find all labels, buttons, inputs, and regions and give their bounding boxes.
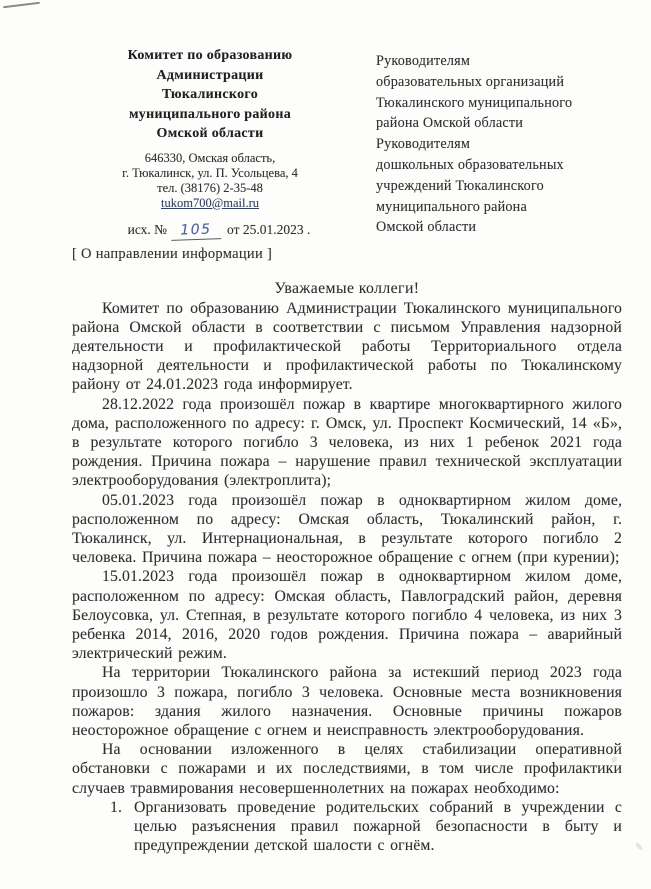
body-paragraph: 28.12.2022 года произошёл пожар в кварти… [72,395,622,491]
body-paragraph: 15.01.2023 года произошёл пожар в однокв… [72,567,622,663]
letter-body: Уважаемые коллеги! Комитет по образовани… [72,279,622,856]
body-paragraph: 05.01.2023 года произошёл пожар в однокв… [72,491,622,568]
ref-date: от 25.01.2023 . [227,222,310,237]
list-item-number: 1. [110,798,134,856]
handwritten-ref-number: 105 [171,221,222,241]
subject-line: [ О направлении информации ] [72,246,651,263]
scanned-letter-page: Комитет по образованию Администрации Тюк… [0,0,651,889]
sender-address: 646330, Омская область, г. Тюкалинск, ул… [60,151,360,196]
sender-block: Комитет по образованию Администрации Тюк… [60,46,360,240]
recipients-block: Руководителям образовательных организаци… [376,46,644,240]
sender-email-link[interactable]: tukom700@mail.ru [161,196,259,210]
scan-speck [635,842,644,851]
body-paragraph: На территории Тюкалинского района за ист… [72,663,622,740]
list-item: 1. Организовать проведение родительских … [110,798,622,856]
letter-header: Комитет по образованию Администрации Тюк… [0,0,651,240]
outgoing-ref-line: исх. №105от 25.01.2023 . [60,222,360,240]
salutation: Уважаемые коллеги! [72,279,622,299]
ref-prefix: исх. № [128,222,167,237]
sender-email-line: tukom700@mail.ru [60,196,360,211]
sender-org-name: Комитет по образованию Администрации Тюк… [60,46,360,144]
body-paragraph: На основании изложенного в целях стабили… [72,740,622,798]
body-paragraph: Комитет по образованию Администрации Тюк… [72,299,622,395]
list-item-text: Организовать проведение родительских соб… [134,798,622,856]
